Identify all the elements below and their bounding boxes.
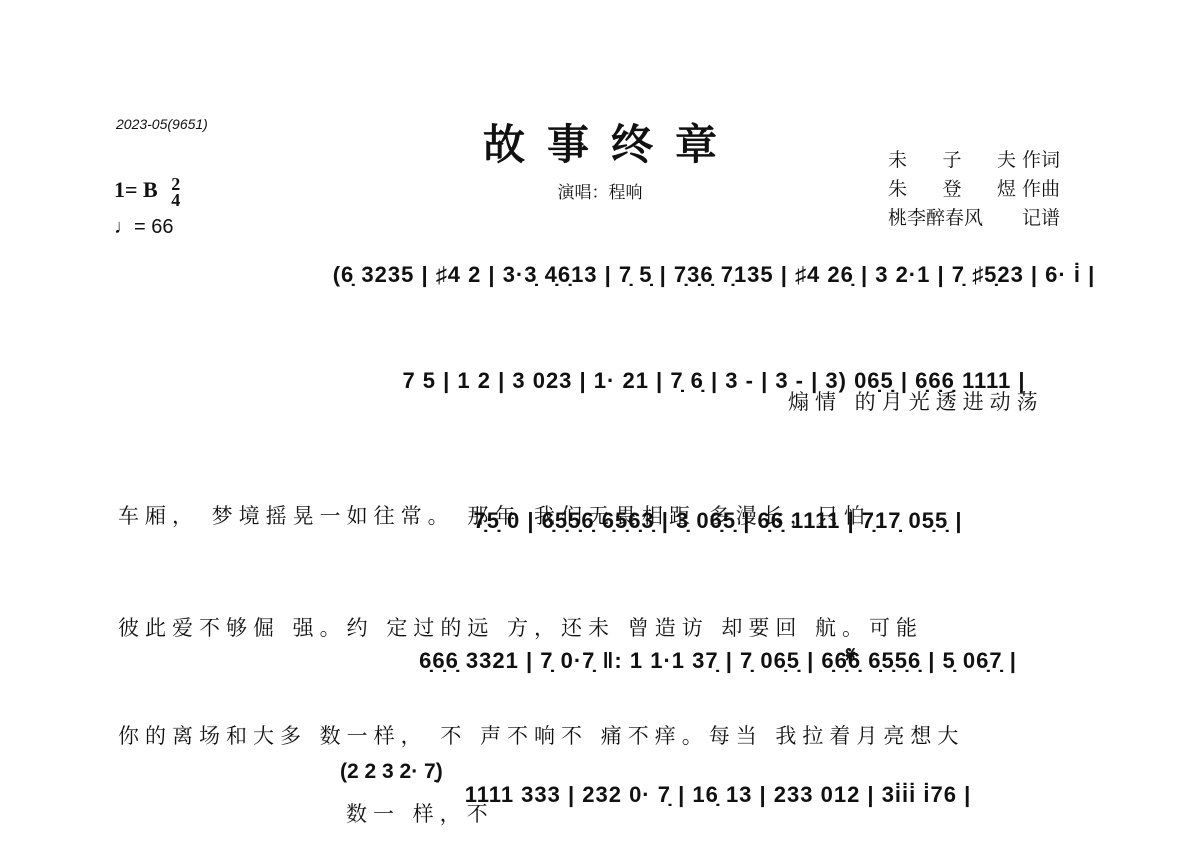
credit-role: 作词 xyxy=(1022,146,1060,175)
lyrics-row-5: 你的离场和大多 数一样， 不 声不响不 痛不痒。每当 我拉着月亮想大 xyxy=(118,720,964,750)
time-signature: 2 4 xyxy=(171,176,180,208)
credit-char: 未 xyxy=(888,146,907,175)
notation-row-5: 1111 333 | 232 0· 7̣ | 16̣ 13 | 233 012 … xyxy=(118,782,1200,808)
key-signature: 1= B 2 4 xyxy=(114,176,180,208)
key-label: 1= B xyxy=(114,177,158,202)
time-bottom: 4 xyxy=(171,190,180,210)
credit-lyricist: 未子夫 作词 xyxy=(888,146,1060,175)
notation-row-4: 6̣6̣6̣ 3321 | 7̣ 0·7̣ ‖: 1 1·1 37̣ | 7̣ … xyxy=(118,648,1200,674)
credit-composer: 朱登煜 作曲 xyxy=(888,175,1060,204)
credit-role: 记谱 xyxy=(1022,204,1060,233)
credit-char: 登 xyxy=(942,175,961,204)
lyrics-row-2: 煽情 的月光透进动荡 xyxy=(788,386,1044,416)
credit-char: 朱 xyxy=(888,175,907,204)
quarter-note-icon: ♩ xyxy=(114,216,134,238)
credit-char: 夫 xyxy=(997,146,1016,175)
credit-char: 煜 xyxy=(997,175,1016,204)
segno-icon: 𝄋 xyxy=(846,642,855,668)
credit-char: 桃李醉春风 xyxy=(888,204,983,233)
credit-transcriber: 桃李醉春风 记谱 xyxy=(888,204,1060,233)
alternate-notation: (2 2 3 2· 7̣) xyxy=(340,760,443,784)
credits: 未子夫 作词 朱登煜 作曲 桃李醉春风 记谱 xyxy=(888,146,1060,233)
lyrics-row-4: 彼此爱不够倔 强。约 定过的远 方，还未 曾造访 却要回 航。可能 xyxy=(118,612,923,642)
alternate-lyrics: 数一 样，不 xyxy=(346,798,494,828)
tempo-marking: ♩= 66 xyxy=(114,216,173,239)
credit-char: 子 xyxy=(942,146,961,175)
credit-role: 作曲 xyxy=(1022,175,1060,204)
notation-row-1: (6̣ 3235 | ♯4 2 | 3·3̣ 4̣6̣13 | 7̣ 5̣ | … xyxy=(114,262,1200,288)
tempo-value: = 66 xyxy=(134,216,173,238)
lyrics-row-3: 车厢， 梦境摇晃一如往常。 那年 我们无畏相距 多漫长，只怕 xyxy=(118,500,871,530)
